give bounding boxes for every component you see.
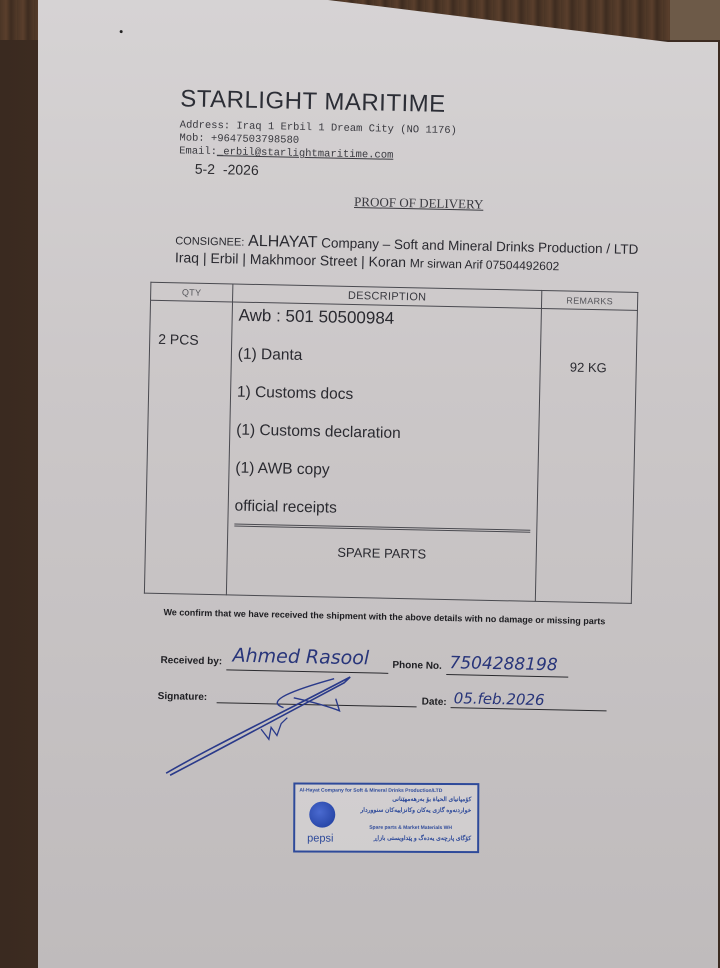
consignee-label: CONSIGNEE:: [175, 235, 244, 248]
paper-mark: [120, 30, 123, 33]
phone-label: Phone No.: [392, 660, 442, 672]
header-qty: QTY: [151, 282, 233, 302]
description-item: (1) Danta: [237, 343, 534, 387]
company-name: STARLIGHT MARITIME: [180, 85, 446, 119]
stamp-kurdish-line-2: خواردنەوە گازی یەکان وکانزاییەکان سنوورد…: [360, 807, 471, 814]
consignee-company: ALHAYAT: [248, 233, 318, 251]
table-row: 2 PCS Awb : 501 50500984 (1) Danta 1) Cu…: [144, 300, 637, 603]
stamp-brand: pepsi: [307, 833, 333, 845]
awb-number: Awb : 501 50500984: [238, 303, 535, 349]
stamp-kurdish-line-3: کۆگای پارچەی یەدەگ و پێداویستی بازاڕ: [374, 835, 471, 842]
pepsi-logo-icon: [309, 802, 335, 828]
consignee-address: Iraq | Erbil | Makhmoor Street | Koran: [175, 249, 406, 270]
stamp-warehouse-line: Spare parts & Market Materials WH: [369, 825, 452, 831]
company-mobile: Mob: +9647503798580: [179, 132, 299, 147]
items-table: QTY DESCRIPTION REMARKS 2 PCS Awb : 501 …: [144, 282, 638, 604]
remarks-cell: 92 KG: [535, 308, 637, 603]
document-date: 5-2 -2026: [195, 161, 259, 178]
date-handwritten: 05.feb.2026: [454, 689, 545, 709]
date-label: Date:: [422, 697, 447, 709]
description-item: (1) Customs declaration: [236, 419, 533, 463]
consignee-contact: Mr sirwan Arif 07504492602: [410, 256, 560, 273]
header-remarks: REMARKS: [542, 290, 638, 310]
qty-cell: 2 PCS: [144, 300, 232, 595]
received-by-handwritten: Ahmed Rasool: [232, 645, 369, 670]
company-stamp: Al-Hayat Company for Soft & Mineral Drin…: [293, 782, 479, 853]
company-email: _erbil@starlightmaritime.com: [217, 146, 394, 162]
company-email-row: Email:_erbil@starlightmaritime.com: [179, 145, 393, 161]
stamp-kurdish-line-1: کۆمپانیای الحیاة بۆ بەرهەمهێنانی: [392, 796, 471, 803]
stamp-company-line: Al-Hayat Company for Soft & Mineral Drin…: [299, 788, 442, 794]
confirmation-statement: We confirm that we have received the shi…: [163, 607, 605, 626]
proof-of-delivery-document: STARLIGHT MARITIME Address: Iraq 1 Erbil…: [0, 0, 720, 968]
email-label: Email:: [179, 145, 217, 158]
signature-scribble: [152, 665, 394, 790]
description-cell: Awb : 501 50500984 (1) Danta 1) Customs …: [226, 302, 541, 601]
description-item: 1) Customs docs: [236, 381, 533, 425]
category-label: SPARE PARTS: [233, 527, 531, 601]
phone-handwritten: 7504288198: [449, 653, 558, 675]
document-title: PROOF OF DELIVERY: [354, 194, 484, 213]
description-item: (1) AWB copy: [235, 457, 532, 501]
